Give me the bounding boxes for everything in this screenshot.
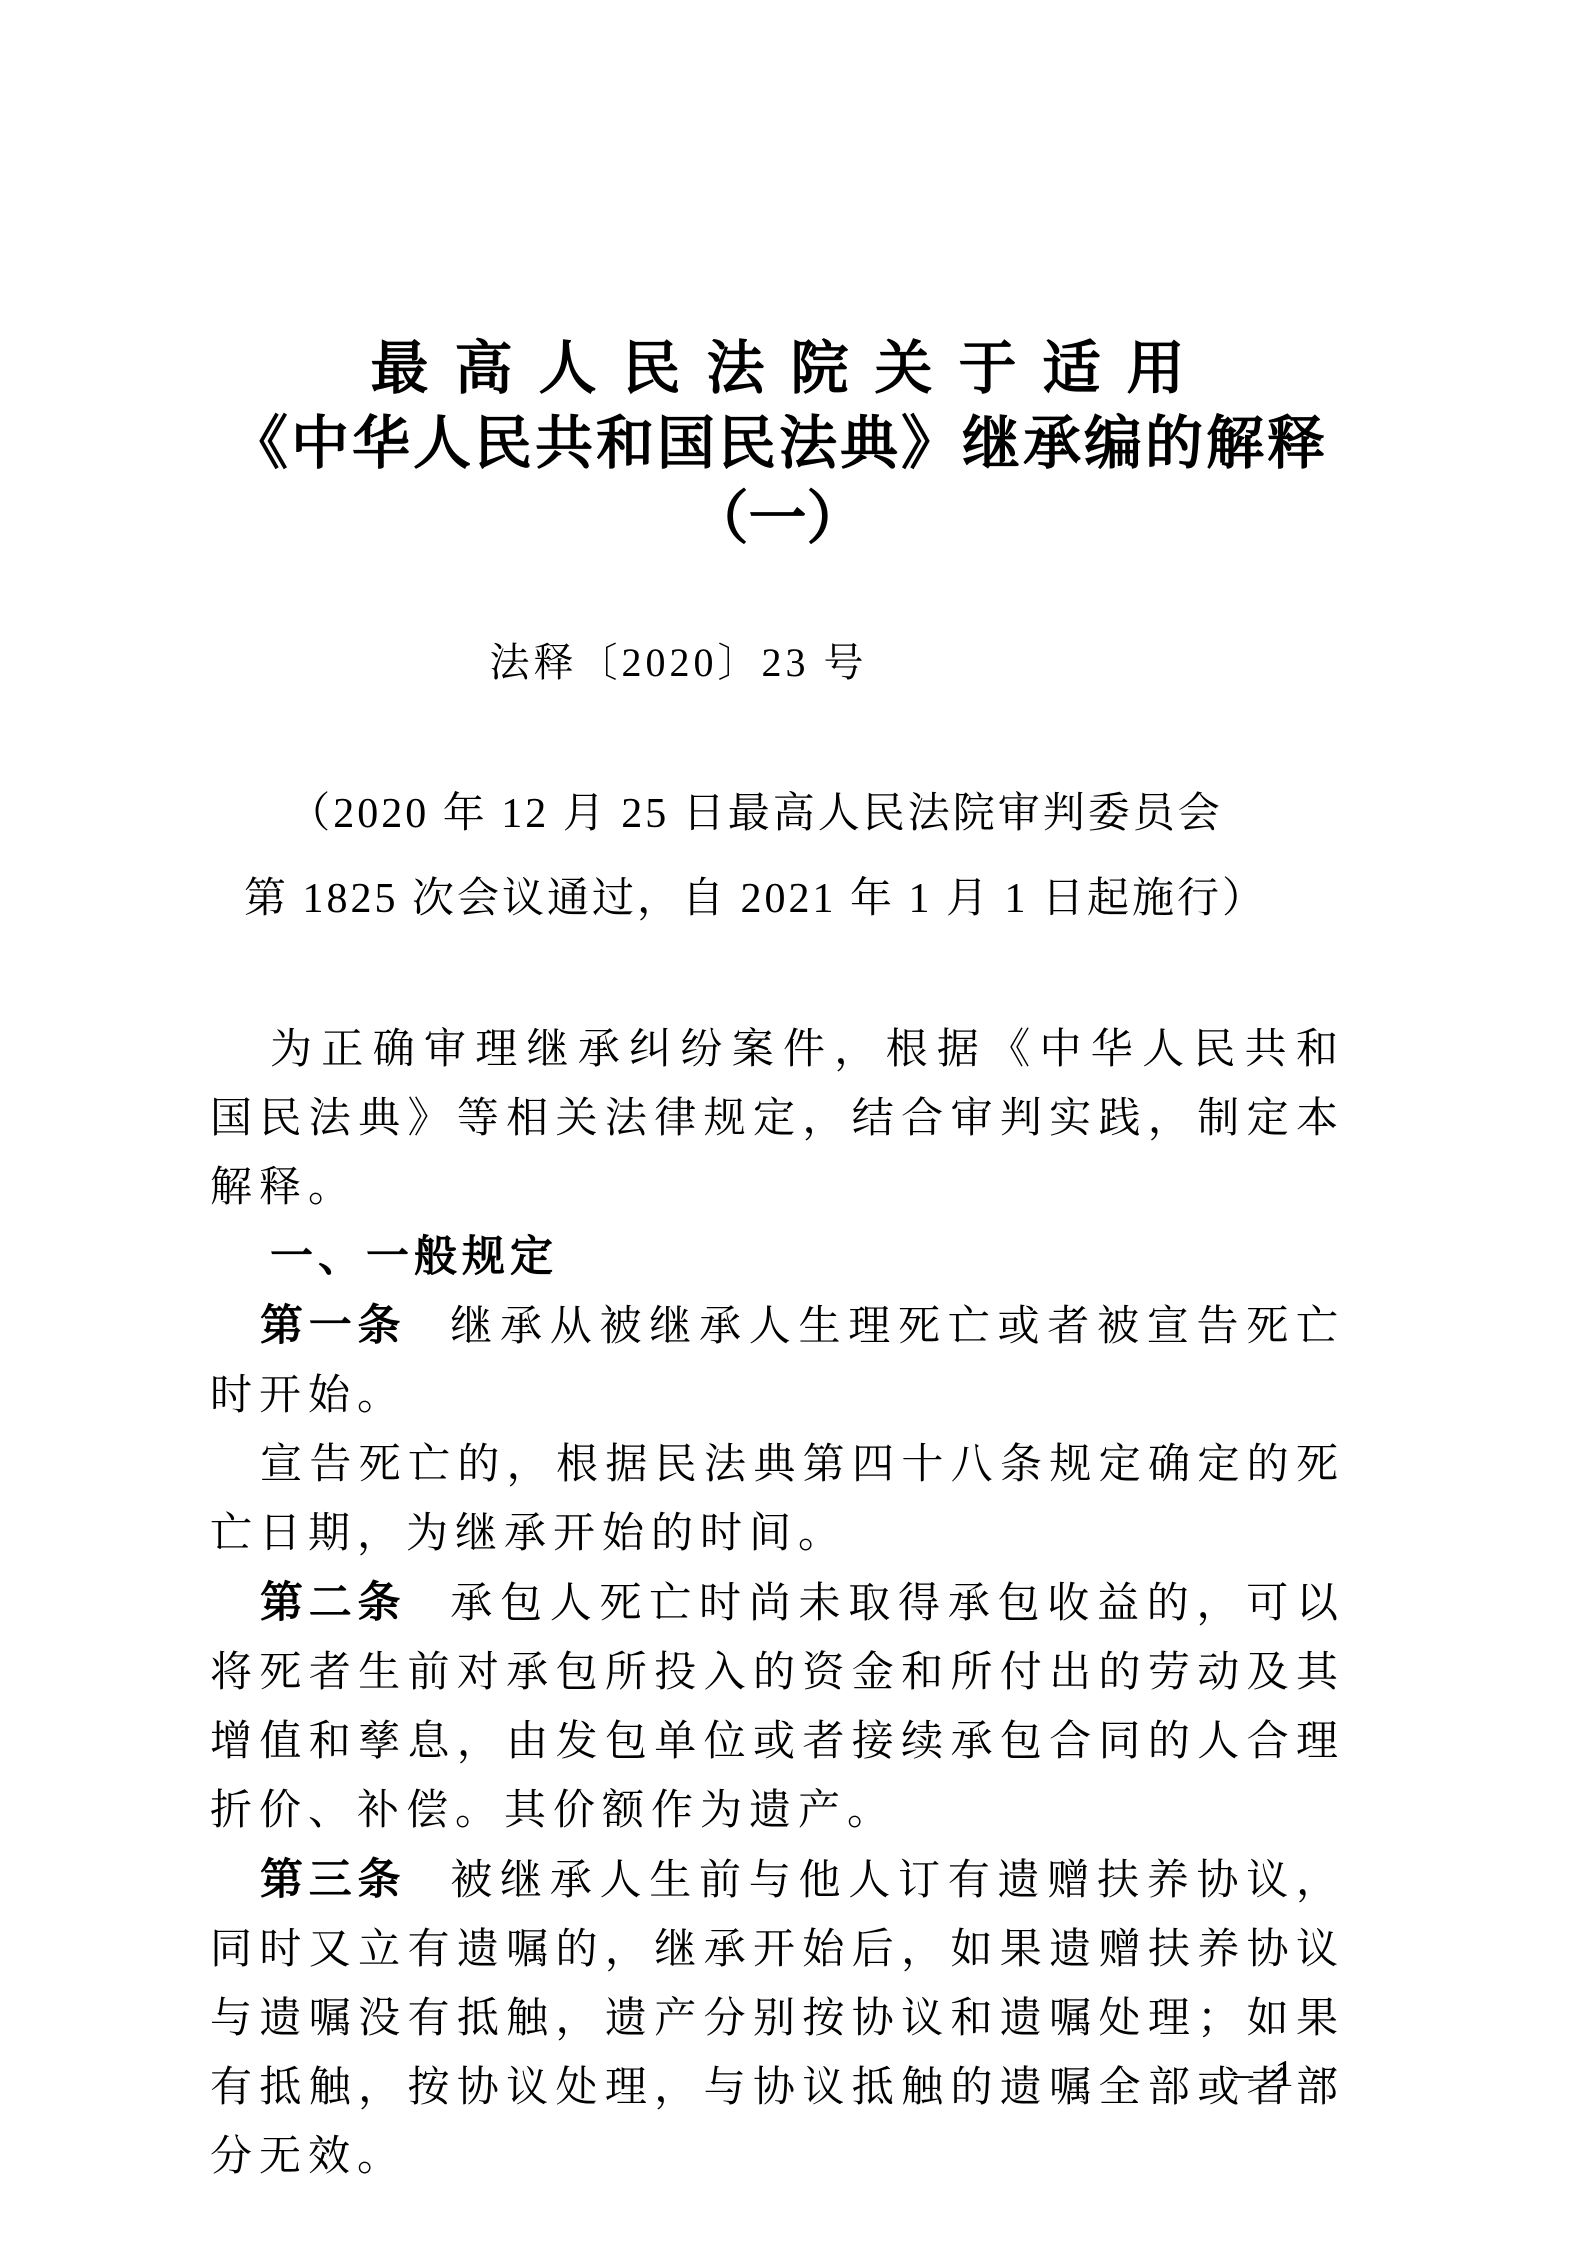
articles: 第一条继承从被继承人生理死亡或者被宣告死亡时开始。宣告死亡的，根据民法典第四十八… — [210, 1292, 1345, 2192]
adoption-note: （2020 年 12 月 25 日最高人民法院审判委员会 第 1825 次会议通… — [188, 772, 1323, 942]
document-page: 最高人民法院关于适用 《中华人民共和国民法典》继承编的解释 （一） 法释〔202… — [0, 0, 1587, 2245]
adoption-note-line-2: 第 1825 次会议通过，自 2021 年 1 月 1 日起施行） — [188, 857, 1323, 942]
document-content: 最高人民法院关于适用 《中华人民共和国民法典》继承编的解释 （一） 法释〔202… — [210, 0, 1345, 2192]
title-line-2: 《中华人民共和国民法典》继承编的解释 — [210, 406, 1345, 481]
section-heading: 一、一般规定 — [210, 1223, 1345, 1292]
document-header: 最高人民法院关于适用 《中华人民共和国民法典》继承编的解释 （一） 法释〔202… — [210, 0, 1345, 942]
article-label: 第二条 — [260, 1579, 406, 1627]
title-line-3: （一） — [210, 481, 1345, 556]
article-label: 第一条 — [260, 1302, 406, 1350]
adoption-note-line-1: （2020 年 12 月 25 日最高人民法院审判委员会 — [188, 772, 1323, 857]
article-paragraph: 宣告死亡的，根据民法典第四十八条规定确定的死亡日期，为继承开始的时间。 — [210, 1431, 1345, 1569]
document-number: 法释〔2020〕23 号 — [111, 638, 1246, 688]
article-label: 第三条 — [260, 1856, 406, 1904]
article-paragraph: 第一条继承从被继承人生理死亡或者被宣告死亡时开始。 — [210, 1292, 1345, 1431]
article-paragraph: 第三条被继承人生前与他人订有遗赠扶养协议，同时又立有遗嘱的，继承开始后，如果遗赠… — [210, 1846, 1345, 2192]
article-paragraph: 第二条承包人死亡时尚未取得承包收益的，可以将死者生前对承包所投入的资金和所付出的… — [210, 1569, 1345, 1846]
intro-paragraph: 为正确审理继承纠纷案件，根据《中华人民共和国民法典》等相关法律规定，结合审判实践… — [210, 1016, 1345, 1223]
document-body: 为正确审理继承纠纷案件，根据《中华人民共和国民法典》等相关法律规定，结合审判实践… — [210, 1016, 1345, 2192]
title-line-1: 最高人民法院关于适用 — [210, 331, 1345, 406]
page-number: – 1 – — [1234, 2052, 1340, 2096]
